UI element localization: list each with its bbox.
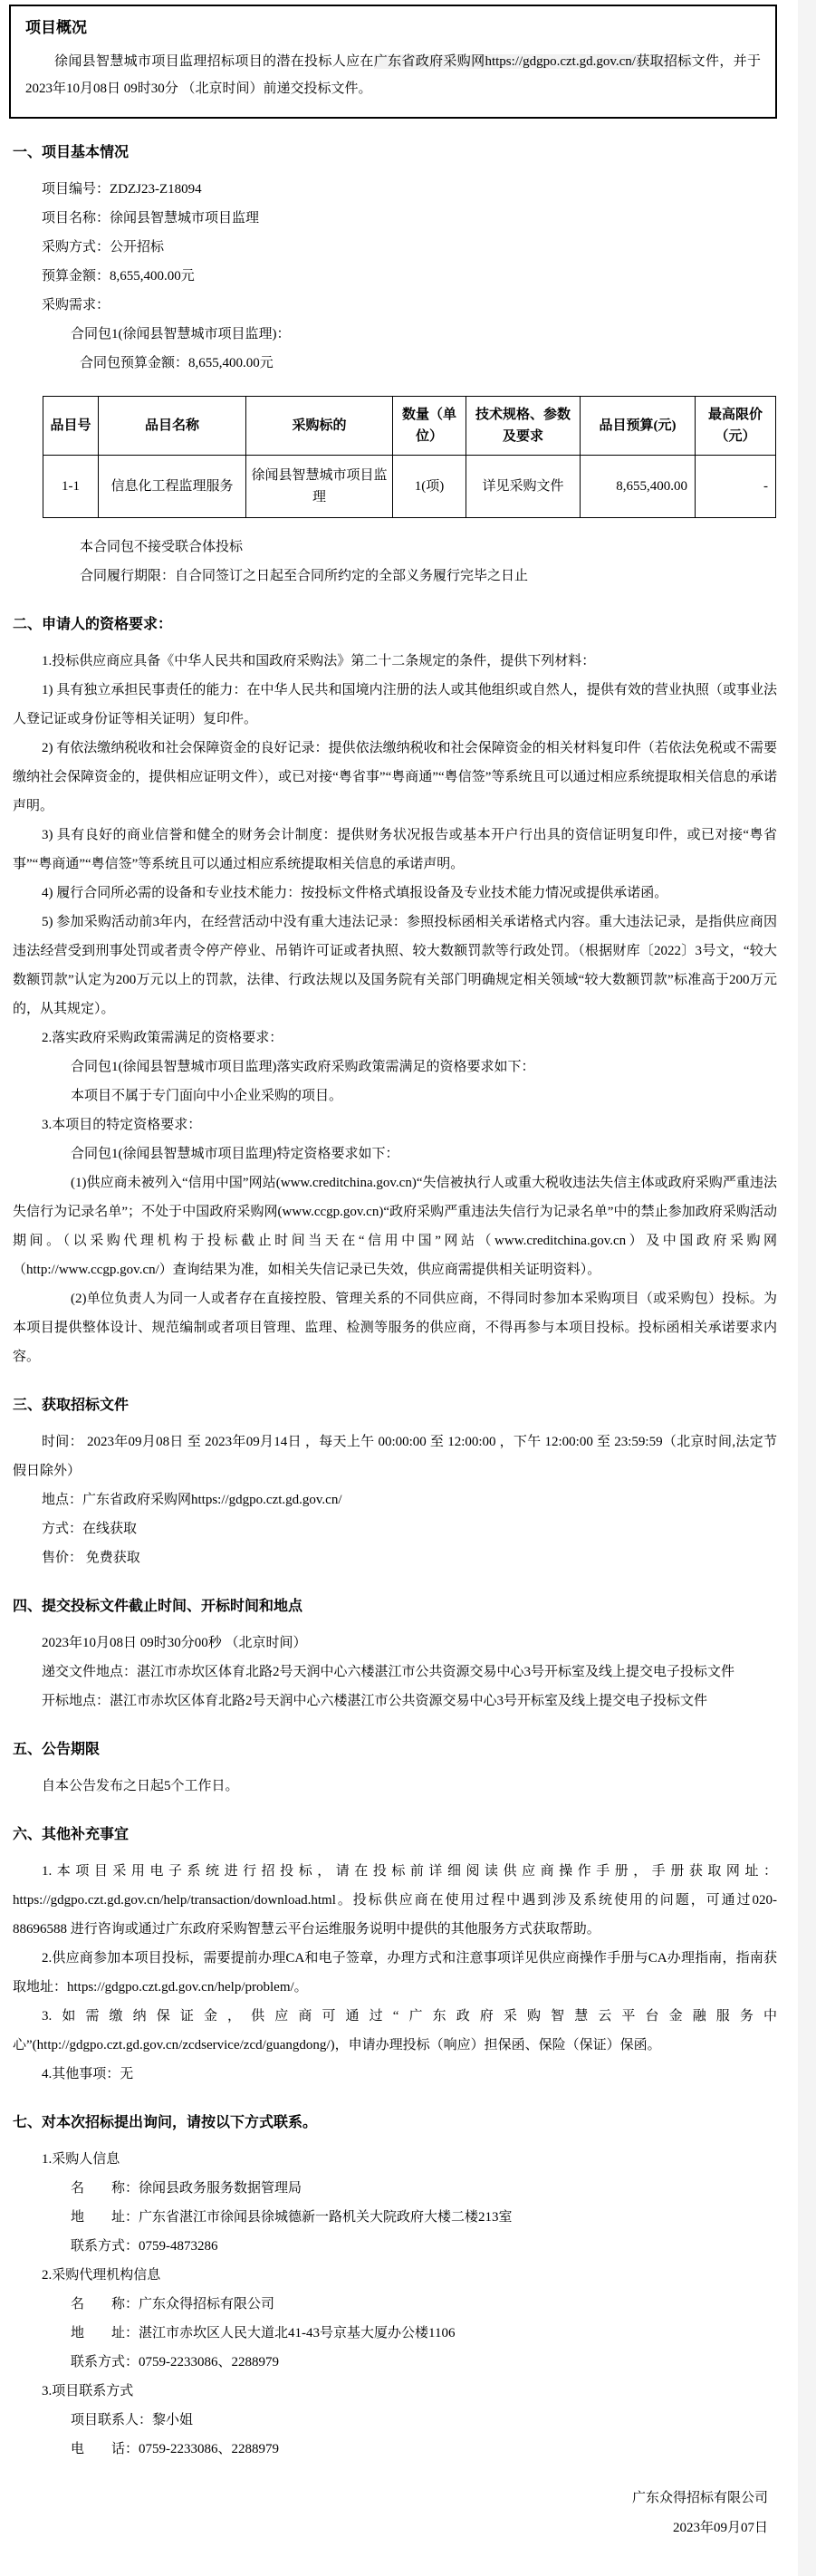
contract-package-budget: 合同包预算金额：8,655,400.00元: [13, 349, 777, 378]
specific-requirement-label: 3.本项目的特定资格要求：: [13, 1110, 777, 1139]
policy-requirement-package: 合同包1(徐闻县智慧城市项目监理)落实政府采购政策需满足的资格要求如下：: [13, 1053, 777, 1081]
procurement-method: 采购方式：公开招标: [13, 233, 777, 262]
project-number: 项目编号：ZDZJ23-Z18094: [13, 175, 777, 204]
project-contact-person: 项目联系人：黎小姐: [13, 2406, 777, 2435]
header-item-budget: 品目预算(元): [581, 397, 696, 456]
supplement-p4: 4.其他事项：无: [13, 2060, 777, 2089]
announcement-page: 项目概况 徐闻县智慧城市项目监理招标项目的潜在投标人应在广东省政府采购网http…: [0, 5, 797, 2571]
cell-quantity-unit: 1(项): [393, 456, 466, 518]
project-contact-phone: 电 话：0759-2233086、2288979: [13, 2435, 777, 2464]
items-table: 品目号 品目名称 采购标的 数量（单位） 技术规格、参数及要求 品目预算(元) …: [43, 396, 776, 518]
cell-item-budget: 8,655,400.00: [581, 456, 696, 518]
project-name: 项目名称：徐闻县智慧城市项目监理: [13, 204, 777, 233]
qualification-p2: 1) 具有独立承担民事责任的能力：在中华人民共和国境内注册的法人或其他组织或自然…: [13, 676, 777, 734]
header-max-price: 最高限价（元）: [696, 397, 776, 456]
specific-requirement-1: (1)供应商未被列入“信用中国”网站(www.creditchina.gov.c…: [13, 1168, 777, 1284]
supplement-p3: 3.如需缴纳保证金，供应商可通过“广东政府采购智慧云平台金融服务中心”(http…: [13, 2002, 777, 2060]
header-procurement-target: 采购标的: [246, 397, 393, 456]
contract-package: 合同包1(徐闻县智慧城市项目监理)：: [13, 320, 777, 349]
bid-deadline: 2023年10月08日 09时30分00秒 （北京时间）: [13, 1629, 777, 1658]
section2-title: 二、申请人的资格要求：: [13, 614, 777, 636]
header-item-name: 品目名称: [99, 397, 246, 456]
overview-intro-pre: 徐闻县智慧城市项目监理招标项目的潜在投标人应在: [54, 54, 374, 69]
section3-title: 三、获取招标文件: [13, 1395, 777, 1417]
doc-time: 时间： 2023年09月08日 至 2023年09月14日 ，每天上午 00:0…: [13, 1427, 777, 1485]
specific-requirement-2: (2)单位负责人为同一人或者存在直接控股、管理关系的不同供应商，不得同时参加本采…: [13, 1284, 777, 1371]
project-contact-label: 3.项目联系方式: [13, 2377, 777, 2406]
policy-requirement-label: 2.落实政府采购政策需满足的资格要求：: [13, 1024, 777, 1053]
purchaser-contact: 联系方式：0759-4873286: [13, 2232, 777, 2261]
section4-title: 四、提交投标文件截止时间、开标时间和地点: [13, 1596, 777, 1618]
doc-place: 地点：广东省政府采购网https://gdgpo.czt.gd.gov.cn/: [13, 1485, 777, 1514]
agency-name: 名 称：广东众得招标有限公司: [13, 2290, 777, 2319]
qualification-p5: 4) 履行合同所必需的设备和专业技术能力：按投标文件格式填报设备及专业技术能力情…: [13, 879, 777, 908]
header-item-no: 品目号: [43, 397, 99, 456]
section6-title: 六、其他补充事宜: [13, 1824, 777, 1846]
table-notes: 本合同包不接受联合体投标 合同履行期限：自合同签订之日起至合同所约定的全部义务履…: [13, 533, 777, 591]
submit-place: 递交文件地点：湛江市赤坎区体育北路2号天润中心六楼湛江市公共资源交易中心3号开标…: [13, 1658, 777, 1687]
open-place: 开标地点：湛江市赤坎区体育北路2号天润中心六楼湛江市公共资源交易中心3号开标室及…: [13, 1687, 777, 1716]
cell-tech-spec: 详见采购文件: [466, 456, 581, 518]
announcement-period: 自本公告发布之日起5个工作日。: [13, 1772, 777, 1801]
supplement-p2: 2.供应商参加本项目投标，需要提前办理CA和电子签章，办理方式和注意事项详见供应…: [13, 1944, 777, 2002]
procurement-site-url: 广东省政府采购网https://gdgpo.czt.gd.gov.cn/获取招标: [374, 54, 692, 69]
header-quantity-unit: 数量（单位）: [393, 397, 466, 456]
doc-price: 售价： 免费获取: [13, 1543, 777, 1572]
cell-procurement-target: 徐闻县智慧城市项目监理: [246, 456, 393, 518]
purchaser-info-label: 1.采购人信息: [13, 2145, 777, 2174]
doc-way: 方式：在线获取: [13, 1514, 777, 1543]
header-tech-spec: 技术规格、参数及要求: [466, 397, 581, 456]
table-row: 1-1 信息化工程监理服务 徐闻县智慧城市项目监理 1(项) 详见采购文件 8,…: [43, 456, 776, 518]
announcement-body: 一、项目基本情况 项目编号：ZDZJ23-Z18094 项目名称：徐闻县智慧城市…: [0, 142, 797, 2543]
cell-item-name: 信息化工程监理服务: [99, 456, 246, 518]
no-consortium-note: 本合同包不接受联合体投标: [13, 533, 777, 562]
section7-title: 七、对本次招标提出询问，请按以下方式联系。: [13, 2112, 777, 2134]
budget-amount: 预算金额：8,655,400.00元: [13, 262, 777, 291]
contract-period-note: 合同履行期限：自合同签订之日起至合同所约定的全部义务履行完毕之日止: [13, 562, 777, 591]
signature-company: 广东众得招标有限公司: [13, 2484, 768, 2514]
scrollbar-track[interactable]: [798, 0, 816, 2576]
procurement-demand-label: 采购需求：: [13, 291, 777, 320]
agency-address: 地 址：湛江市赤坎区人民大道北41-43号京基大厦办公楼1106: [13, 2319, 777, 2348]
specific-requirement-package: 合同包1(徐闻县智慧城市项目监理)特定资格要求如下：: [13, 1139, 777, 1168]
signature-date: 2023年09月07日: [13, 2514, 768, 2543]
qualification-p4: 3) 具有良好的商业信誉和健全的财务会计制度：提供财务状况报告或基本开户行出具的…: [13, 821, 777, 879]
section1-title: 一、项目基本情况: [13, 142, 777, 164]
policy-requirement-body: 本项目不属于专门面向中小企业采购的项目。: [13, 1081, 777, 1110]
cell-max-price: -: [696, 456, 776, 518]
supplement-p1: 1.本项目采用电子系统进行招投标，请在投标前详细阅读供应商操作手册，手册获取网址…: [13, 1857, 777, 1944]
table-header-row: 品目号 品目名称 采购标的 数量（单位） 技术规格、参数及要求 品目预算(元) …: [43, 397, 776, 456]
purchaser-name: 名 称：徐闻县政务服务数据管理局: [13, 2174, 777, 2203]
overview-intro: 徐闻县智慧城市项目监理招标项目的潜在投标人应在广东省政府采购网https://g…: [25, 48, 761, 102]
cell-item-no: 1-1: [43, 456, 99, 518]
agency-info-label: 2.采购代理机构信息: [13, 2261, 777, 2290]
qualification-p1: 1.投标供应商应具备《中华人民共和国政府采购法》第二十二条规定的条件，提供下列材…: [13, 647, 777, 676]
agency-contact: 联系方式：0759-2233086、2288979: [13, 2348, 777, 2377]
purchaser-address: 地 址：广东省湛江市徐闻县徐城德新一路机关大院政府大楼二楼213室: [13, 2203, 777, 2232]
signature-block: 广东众得招标有限公司 2023年09月07日: [13, 2484, 777, 2543]
qualification-p6: 5) 参加采购活动前3年内，在经营活动中没有重大违法记录：参照投标函相关承诺格式…: [13, 908, 777, 1024]
project-overview-box: 项目概况 徐闻县智慧城市项目监理招标项目的潜在投标人应在广东省政府采购网http…: [9, 5, 777, 119]
qualification-p3: 2) 有依法缴纳税收和社会保障资金的良好记录：提供依法缴纳税收和社会保障资金的相…: [13, 734, 777, 821]
section5-title: 五、公告期限: [13, 1739, 777, 1761]
overview-title: 项目概况: [25, 17, 761, 39]
